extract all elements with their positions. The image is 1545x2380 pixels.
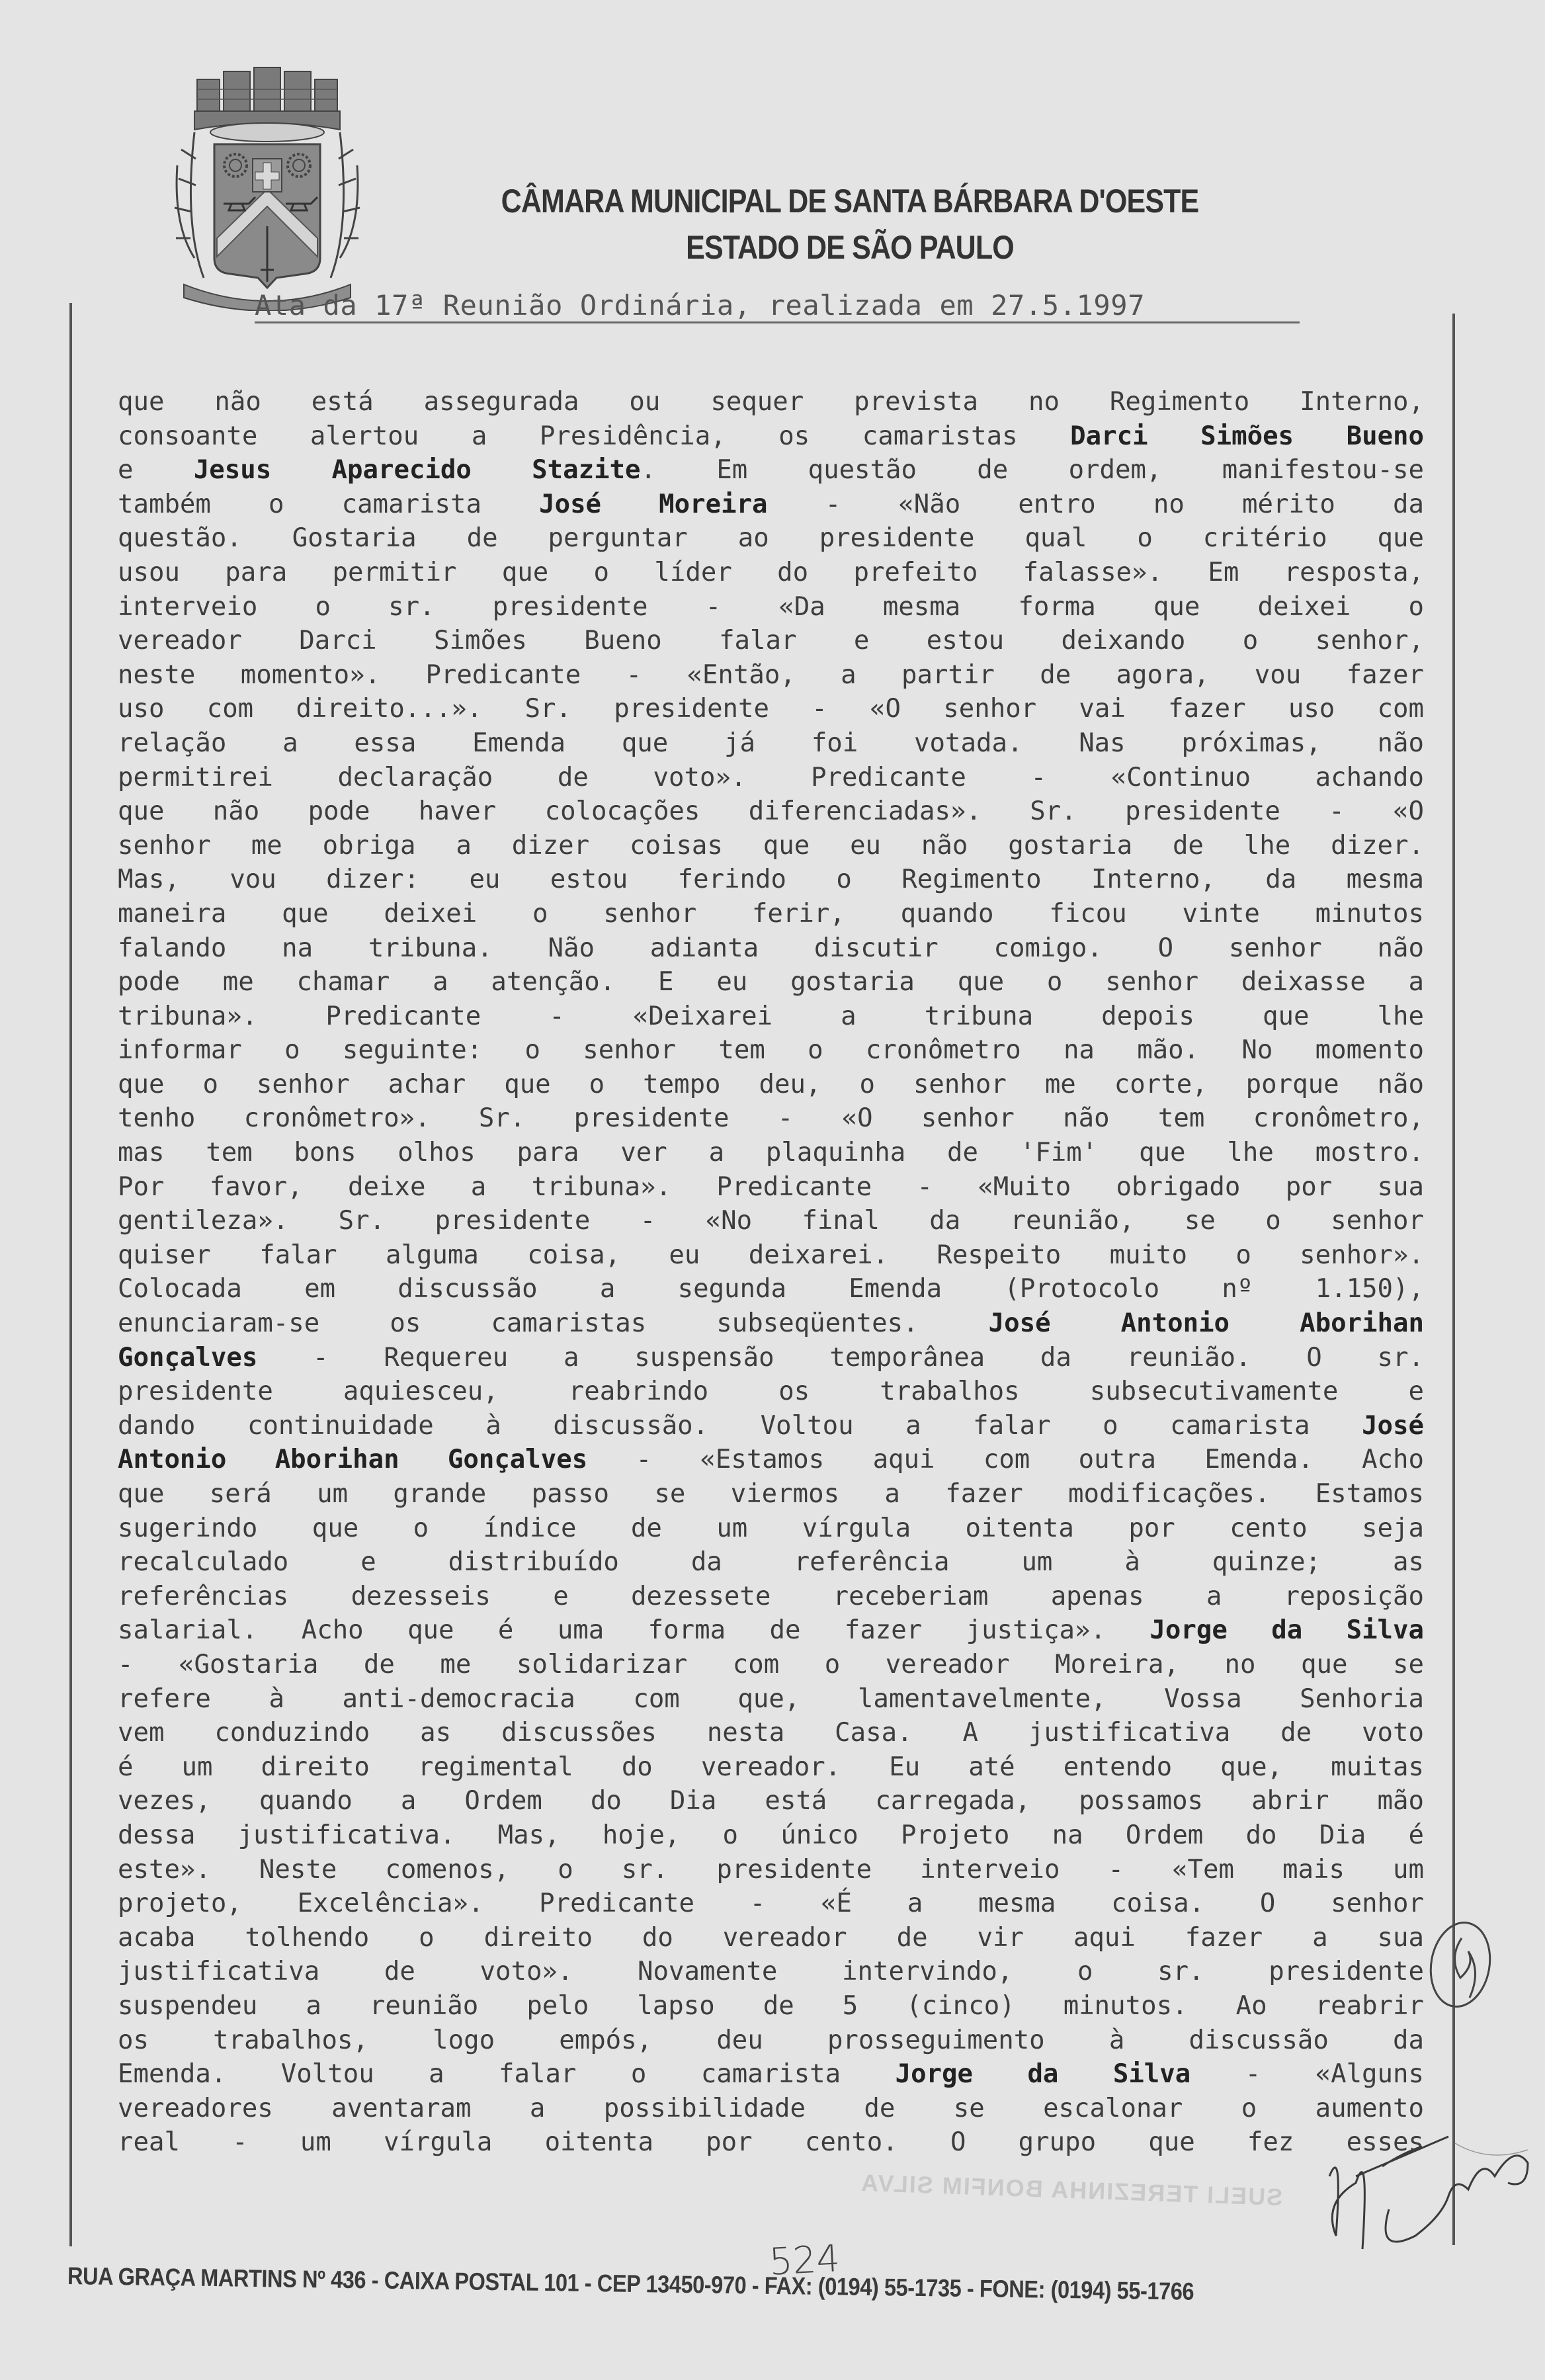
text-segment: informar o seguinte: o senhor tem o cron… xyxy=(118,1035,1424,1065)
text-line: tenho cronômetro». Sr. presidente - «O s… xyxy=(118,1101,1424,1136)
text-line: que não pode haver colocações diferencia… xyxy=(118,794,1424,829)
text-segment: falando na tribuna. Não adianta discutir… xyxy=(118,933,1424,963)
text-line: Colocada em discussão a segunda Emenda (… xyxy=(118,1272,1424,1306)
text-line: Gonçalves - Requereu a suspensão temporâ… xyxy=(118,1341,1424,1375)
text-line: também o camarista José Moreira - «Não e… xyxy=(118,488,1424,522)
speaker-name: Jesus Aparecido Stazite xyxy=(194,455,641,485)
text-segment: recalculado e distribuído da referência … xyxy=(118,1547,1424,1577)
text-segment: dessa justificativa. Mas, hoje, o único … xyxy=(118,1820,1424,1850)
text-segment: justificativa de voto». Novamente interv… xyxy=(118,1957,1424,1986)
text-segment: refere à anti-democracia com que, lament… xyxy=(118,1684,1424,1714)
text-segment: tenho cronômetro». Sr. presidente - «O s… xyxy=(118,1103,1424,1133)
text-segment: real - um vírgula oitenta por cento. O g… xyxy=(118,2127,1424,2157)
margin-initials-icon xyxy=(1422,1918,1501,2024)
speaker-name: Antonio Aborihan Gonçalves xyxy=(118,1445,587,1474)
text-segment: consoante alertou a Presidência, os cama… xyxy=(118,421,1070,451)
text-segment: relação a essa Emenda que já foi votada.… xyxy=(118,728,1424,758)
text-segment: que o senhor achar que o tempo deu, o se… xyxy=(118,1070,1424,1099)
text-segment: quiser falar alguma coisa, eu deixarei. … xyxy=(118,1240,1424,1270)
signature-icon xyxy=(1316,2104,1541,2262)
text-line: Emenda. Voltou a falar o camarista Jorge… xyxy=(118,2057,1424,2092)
speaker-name: José xyxy=(1362,1411,1424,1441)
text-segment: referências dezesseis e dezessete recebe… xyxy=(118,1582,1424,1611)
text-line: informar o seguinte: o senhor tem o cron… xyxy=(118,1033,1424,1068)
text-segment: acaba tolhendo o direito do vereador de … xyxy=(118,1923,1424,1953)
text-segment: - «Gostaria de me solidarizar com o vere… xyxy=(118,1650,1424,1679)
text-segment: presidente aquiesceu, reabrindo os traba… xyxy=(118,1377,1424,1406)
text-segment: enunciaram-se os camaristas subseqüentes… xyxy=(118,1308,989,1338)
text-line: pode me chamar a atenção. E eu gostaria … xyxy=(118,965,1424,999)
text-segment: vezes, quando a Ordem do Dia está carreg… xyxy=(118,1786,1424,1816)
text-segment: - Requereu a suspensão temporânea da reu… xyxy=(257,1343,1424,1373)
left-margin-rule xyxy=(69,303,72,2246)
text-segment: os trabalhos, logo empós, deu prosseguim… xyxy=(118,2025,1424,2055)
text-line: sugerindo que o índice de um vírgula oit… xyxy=(118,1511,1424,1546)
text-segment: - «Alguns xyxy=(1190,2059,1424,2089)
text-segment: vereador Darci Simões Bueno falar e esto… xyxy=(118,626,1424,656)
text-segment: - «Não entro no mérito da xyxy=(768,489,1424,519)
text-line: que o senhor achar que o tempo deu, o se… xyxy=(118,1068,1424,1102)
text-line: - «Gostaria de me solidarizar com o vere… xyxy=(118,1648,1424,1682)
text-line: permitirei declaração de voto». Predican… xyxy=(118,761,1424,795)
text-line: vem conduzindo as discussões nesta Casa.… xyxy=(118,1716,1424,1750)
institution-name: CÂMARA MUNICIPAL DE SANTA BÁRBARA D'OEST… xyxy=(497,182,1202,220)
text-line: relação a essa Emenda que já foi votada.… xyxy=(118,726,1424,761)
text-line: interveio o sr. presidente - «Da mesma f… xyxy=(118,590,1424,624)
text-line: salarial. Acho que é uma forma de fazer … xyxy=(118,1613,1424,1648)
text-segment: este». Neste comenos, o sr. presidente i… xyxy=(118,1855,1424,1885)
text-line: que será um grande passo se viermos a fa… xyxy=(118,1477,1424,1511)
text-line: justificativa de voto». Novamente interv… xyxy=(118,1955,1424,1989)
speaker-name: Darci Simões Bueno xyxy=(1070,421,1424,451)
text-line: Mas, vou dizer: eu estou ferindo o Regim… xyxy=(118,863,1424,897)
text-line: maneira que deixei o senhor ferir, quand… xyxy=(118,897,1424,931)
text-line: real - um vírgula oitenta por cento. O g… xyxy=(118,2125,1424,2160)
text-line: tribuna». Predicante - «Deixarei a tribu… xyxy=(118,999,1424,1034)
text-segment: neste momento». Predicante - «Então, a p… xyxy=(118,660,1424,690)
text-line: presidente aquiesceu, reabrindo os traba… xyxy=(118,1375,1424,1409)
text-segment: - «Estamos aqui com outra Emenda. Acho xyxy=(587,1445,1424,1474)
text-line: projeto, Excelência». Predicante - «É a … xyxy=(118,1887,1424,1921)
text-line: vereadores aventaram a possibilidade de … xyxy=(118,2092,1424,2126)
speaker-name: Gonçalves xyxy=(118,1343,257,1373)
speaker-name: Jorge da Silva xyxy=(896,2059,1191,2089)
state-name: ESTADO DE SÃO PAULO xyxy=(497,228,1202,267)
text-segment: vereadores aventaram a possibilidade de … xyxy=(118,2094,1424,2123)
text-line: vereador Darci Simões Bueno falar e esto… xyxy=(118,624,1424,658)
text-segment: tribuna». Predicante - «Deixarei a tribu… xyxy=(118,1001,1424,1031)
text-segment: senhor me obriga a dizer coisas que eu n… xyxy=(118,831,1424,861)
text-segment: uso com direito...». Sr. presidente - «O… xyxy=(118,694,1424,724)
text-segment: que não pode haver colocações diferencia… xyxy=(118,796,1424,826)
text-segment: projeto, Excelência». Predicante - «É a … xyxy=(118,1889,1424,1918)
text-segment: permitirei declaração de voto». Predican… xyxy=(118,763,1424,792)
text-line: gentileza». Sr. presidente - «No final d… xyxy=(118,1204,1424,1238)
minutes-title: Ata da 17ª Reunião Ordinária, realizada … xyxy=(255,290,1300,323)
speaker-name: José Antonio Aborihan xyxy=(989,1308,1424,1338)
text-line: usou para permitir que o líder do prefei… xyxy=(118,556,1424,590)
text-line: acaba tolhendo o direito do vereador de … xyxy=(118,1921,1424,1955)
document-page: CÂMARA MUNICIPAL DE SANTA BÁRBARA D'OEST… xyxy=(0,0,1545,2380)
text-line: falando na tribuna. Não adianta discutir… xyxy=(118,931,1424,966)
text-line: Por favor, deixe a tribuna». Predicante … xyxy=(118,1170,1424,1205)
text-segment: usou para permitir que o líder do prefei… xyxy=(118,558,1424,587)
text-segment: . Em questão de ordem, manifestou-se xyxy=(641,455,1424,485)
text-line: recalculado e distribuído da referência … xyxy=(118,1545,1424,1580)
text-line: refere à anti-democracia com que, lament… xyxy=(118,1682,1424,1717)
text-line: os trabalhos, logo empós, deu prosseguim… xyxy=(118,2023,1424,2058)
text-line: consoante alertou a Presidência, os cama… xyxy=(118,419,1424,454)
text-line: referências dezesseis e dezessete recebe… xyxy=(118,1580,1424,1614)
text-segment: maneira que deixei o senhor ferir, quand… xyxy=(118,899,1424,929)
text-segment: gentileza». Sr. presidente - «No final d… xyxy=(118,1206,1424,1236)
text-line: senhor me obriga a dizer coisas que eu n… xyxy=(118,829,1424,863)
text-line: dessa justificativa. Mas, hoje, o único … xyxy=(118,1818,1424,1853)
text-line: questão. Gostaria de perguntar ao presid… xyxy=(118,521,1424,556)
text-line: é um direito regimental do vereador. Eu … xyxy=(118,1750,1424,1785)
text-line: quiser falar alguma coisa, eu deixarei. … xyxy=(118,1238,1424,1273)
footer-address: RUA GRAÇA MARTINS Nº 436 - CAIXA POSTAL … xyxy=(67,2262,1308,2307)
text-segment: Colocada em discussão a segunda Emenda (… xyxy=(118,1274,1424,1304)
text-line: suspendeu a reunião pelo lapso de 5 (cin… xyxy=(118,1989,1424,2023)
text-line: este». Neste comenos, o sr. presidente i… xyxy=(118,1853,1424,1887)
text-segment: que não está assegurada ou sequer previs… xyxy=(118,387,1424,417)
text-segment: que será um grande passo se viermos a fa… xyxy=(118,1479,1424,1509)
text-segment: é um direito regimental do vereador. Eu … xyxy=(118,1752,1424,1782)
text-segment: Por favor, deixe a tribuna». Predicante … xyxy=(118,1172,1424,1202)
text-line: dando continuidade à discussão. Voltou a… xyxy=(118,1409,1424,1443)
text-line: uso com direito...». Sr. presidente - «O… xyxy=(118,692,1424,726)
text-line: enunciaram-se os camaristas subseqüentes… xyxy=(118,1306,1424,1341)
text-segment: sugerindo que o índice de um vírgula oit… xyxy=(118,1513,1424,1543)
text-segment: questão. Gostaria de perguntar ao presid… xyxy=(118,523,1424,553)
bleed-through-stamp: SUELI TEREZINHA BONFIM SILVA xyxy=(859,2169,1282,2211)
minutes-body-text: que não está assegurada ou sequer previs… xyxy=(118,385,1424,2160)
text-segment: Emenda. Voltou a falar o camarista xyxy=(118,2059,896,2089)
text-line: e Jesus Aparecido Stazite. Em questão de… xyxy=(118,453,1424,488)
text-segment: Mas, vou dizer: eu estou ferindo o Regim… xyxy=(118,865,1424,894)
coat-of-arms-icon xyxy=(157,60,376,311)
text-segment: mas tem bons olhos para ver a plaquinha … xyxy=(118,1138,1424,1168)
text-line: vezes, quando a Ordem do Dia está carreg… xyxy=(118,1784,1424,1818)
text-line: que não está assegurada ou sequer previs… xyxy=(118,385,1424,419)
text-segment: e xyxy=(118,455,194,485)
speaker-name: José Moreira xyxy=(539,489,767,519)
speaker-name: Jorge da Silva xyxy=(1149,1615,1424,1645)
text-segment: pode me chamar a atenção. E eu gostaria … xyxy=(118,967,1424,997)
text-line: mas tem bons olhos para ver a plaquinha … xyxy=(118,1136,1424,1170)
text-segment: dando continuidade à discussão. Voltou a… xyxy=(118,1411,1362,1441)
text-segment: vem conduzindo as discussões nesta Casa.… xyxy=(118,1718,1424,1748)
text-segment: interveio o sr. presidente - «Da mesma f… xyxy=(118,592,1424,622)
text-segment: suspendeu a reunião pelo lapso de 5 (cin… xyxy=(118,1991,1424,2021)
text-segment: também o camarista xyxy=(118,489,539,519)
text-segment: salarial. Acho que é uma forma de fazer … xyxy=(118,1615,1149,1645)
text-line: neste momento». Predicante - «Então, a p… xyxy=(118,658,1424,693)
text-line: Antonio Aborihan Gonçalves - «Estamos aq… xyxy=(118,1443,1424,1477)
